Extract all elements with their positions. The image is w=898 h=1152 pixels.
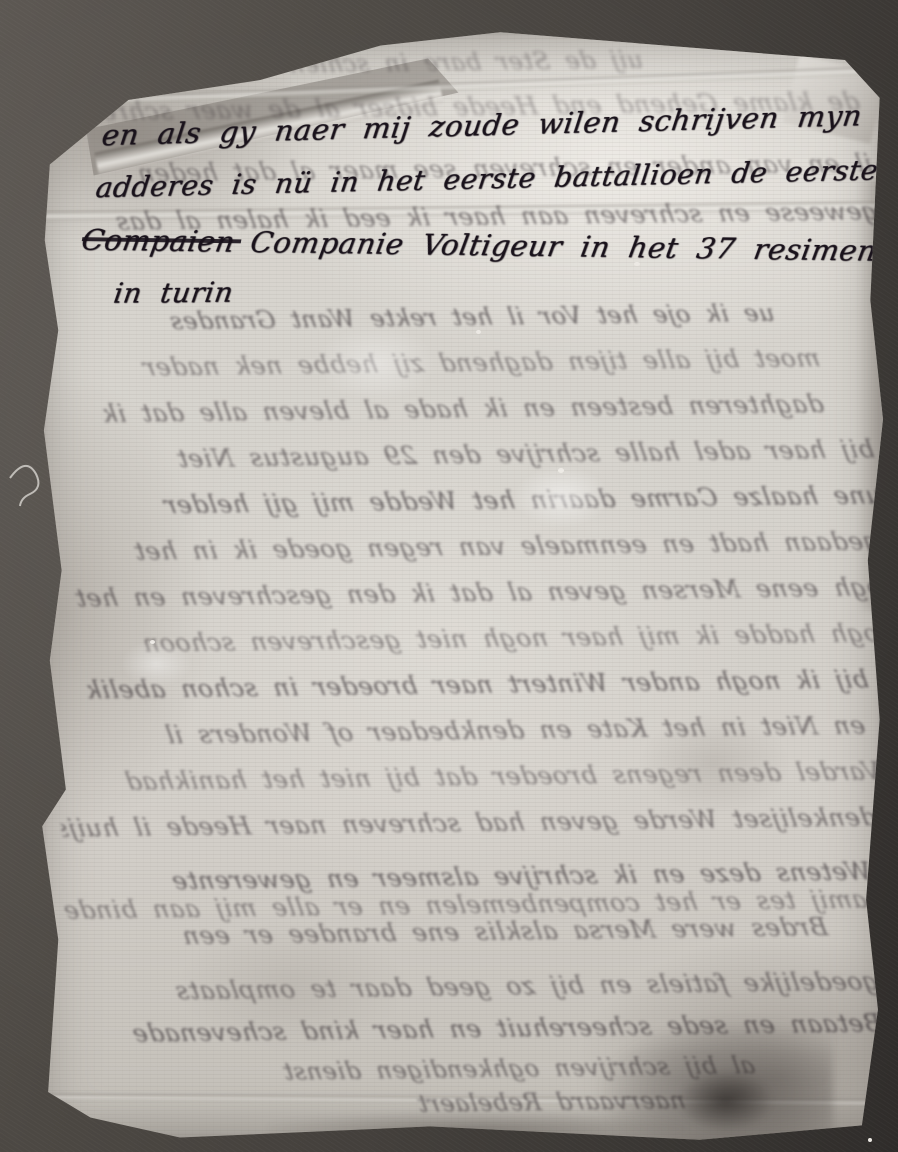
crease-line [38,66,883,107]
bleedthrough-line: il en van ander en schreven see maer al … [89,146,875,193]
bleedthrough-line: Wetens deze en ik schrijve alsmeer en ge… [63,854,874,901]
letter-line-4: in turin [112,275,236,309]
letter-paper: uij de Ster bare in schien den 21 octobe… [38,30,883,1142]
paper-speck [476,330,481,334]
edge-shading [857,180,883,610]
bleedthrough-line: geweese en schreven aan haer ik eed ik h… [85,194,881,241]
bleedthrough-line: de klame Gehend end Heede bidser al de w… [98,84,862,131]
letter-text: en als gy naer mij zoude wilen schrijven… [38,30,883,1142]
paper-speck [558,468,564,473]
bleedthrough-line: ogh eene Mersen geven al dat ik den gesc… [61,570,885,617]
bottom-smudge [268,1112,688,1146]
top-right-fold [783,54,887,144]
bleedthrough-line: moet bij alle tijen daghend zij hebbe ne… [87,341,823,387]
letter-line-1-text: en als gy naer mij zoude wilen schrijven… [100,98,864,152]
bleedthrough-line: uij de Ster bare in schien den 21 octobe… [100,42,646,85]
bleedthrough-line: ogh hadde ik mij haer nogh niet geschrev… [58,616,882,663]
photograph-of-letter: uij de Ster bare in schien den 21 octobe… [0,0,898,1152]
letter-line-4-text: in turin [112,275,236,309]
fiber-thread [4,440,44,510]
ink-smudge-core [678,1070,773,1132]
letter-line-2-text: adderes is nü in het eerste battallioen … [94,153,881,204]
crease-line [38,1093,883,1107]
letter-line-1: en als gy naer mij zoude wilen schrijven… [100,98,864,152]
paper-speck [150,640,155,644]
bleedthrough-line: une haalze Carme daarin het Wedde mij gi… [64,478,885,525]
letter-line-2: adderes is nü in het eerste battallioen … [94,153,881,204]
bleedthrough-line: daghteren besteen en ik hade al bleven a… [60,387,826,434]
folded-corner-edge [94,80,443,177]
bleedthrough-line: bij ik nogh ander Wintert naer broeder i… [60,662,871,709]
letter-line-3-text: Companie Voltigeur in het 37 resiment [248,225,892,268]
bleedthrough-line: Betaan en sede scheerehuit en haer kind … [71,1006,885,1053]
bleedthrough-line: naervaard Rebelaert [292,1083,688,1124]
dust-speck [868,1138,872,1142]
bleedthrough-layer: uij de Ster bare in schien den 21 octobe… [30,24,890,1148]
crease-line [38,201,883,221]
bleedthrough-line: Vardel deen regens broeder dat bij niet … [56,754,884,801]
folded-corner-shadow [86,56,466,178]
bleedthrough-line: denkelijset Werde geven had schreven nae… [58,800,879,847]
bleedthrough-line: samij tes er het compenbemelen en er all… [59,882,883,929]
letter-line-3: CompaienCompanie Voltigeur in het 37 res… [79,222,892,267]
bleedthrough-line: gedaan hadt en eenmaele van regen goede … [56,524,882,571]
struck-word: Compaien [79,222,244,258]
ink-smudge [598,1018,833,1152]
bleedthrough-line: ue ik oje het Vor il het rekte Want Gran… [71,296,777,342]
bleedthrough-line: Brdes were Mersa alsklis ene brandee er … [125,910,831,956]
bleedthrough-line: en Niet in het Kate en denkbedaer of Won… [57,708,868,755]
bleedthrough-line: al bij schrijven oghkendigen dienst [102,1048,758,1093]
bleedthrough-line: goedelijke fatiels en bij zo geed daar t… [76,964,882,1011]
paper-speck [634,262,640,266]
bleedthrough-line: bij haer adel halle schrijve den 29 augu… [71,432,877,479]
